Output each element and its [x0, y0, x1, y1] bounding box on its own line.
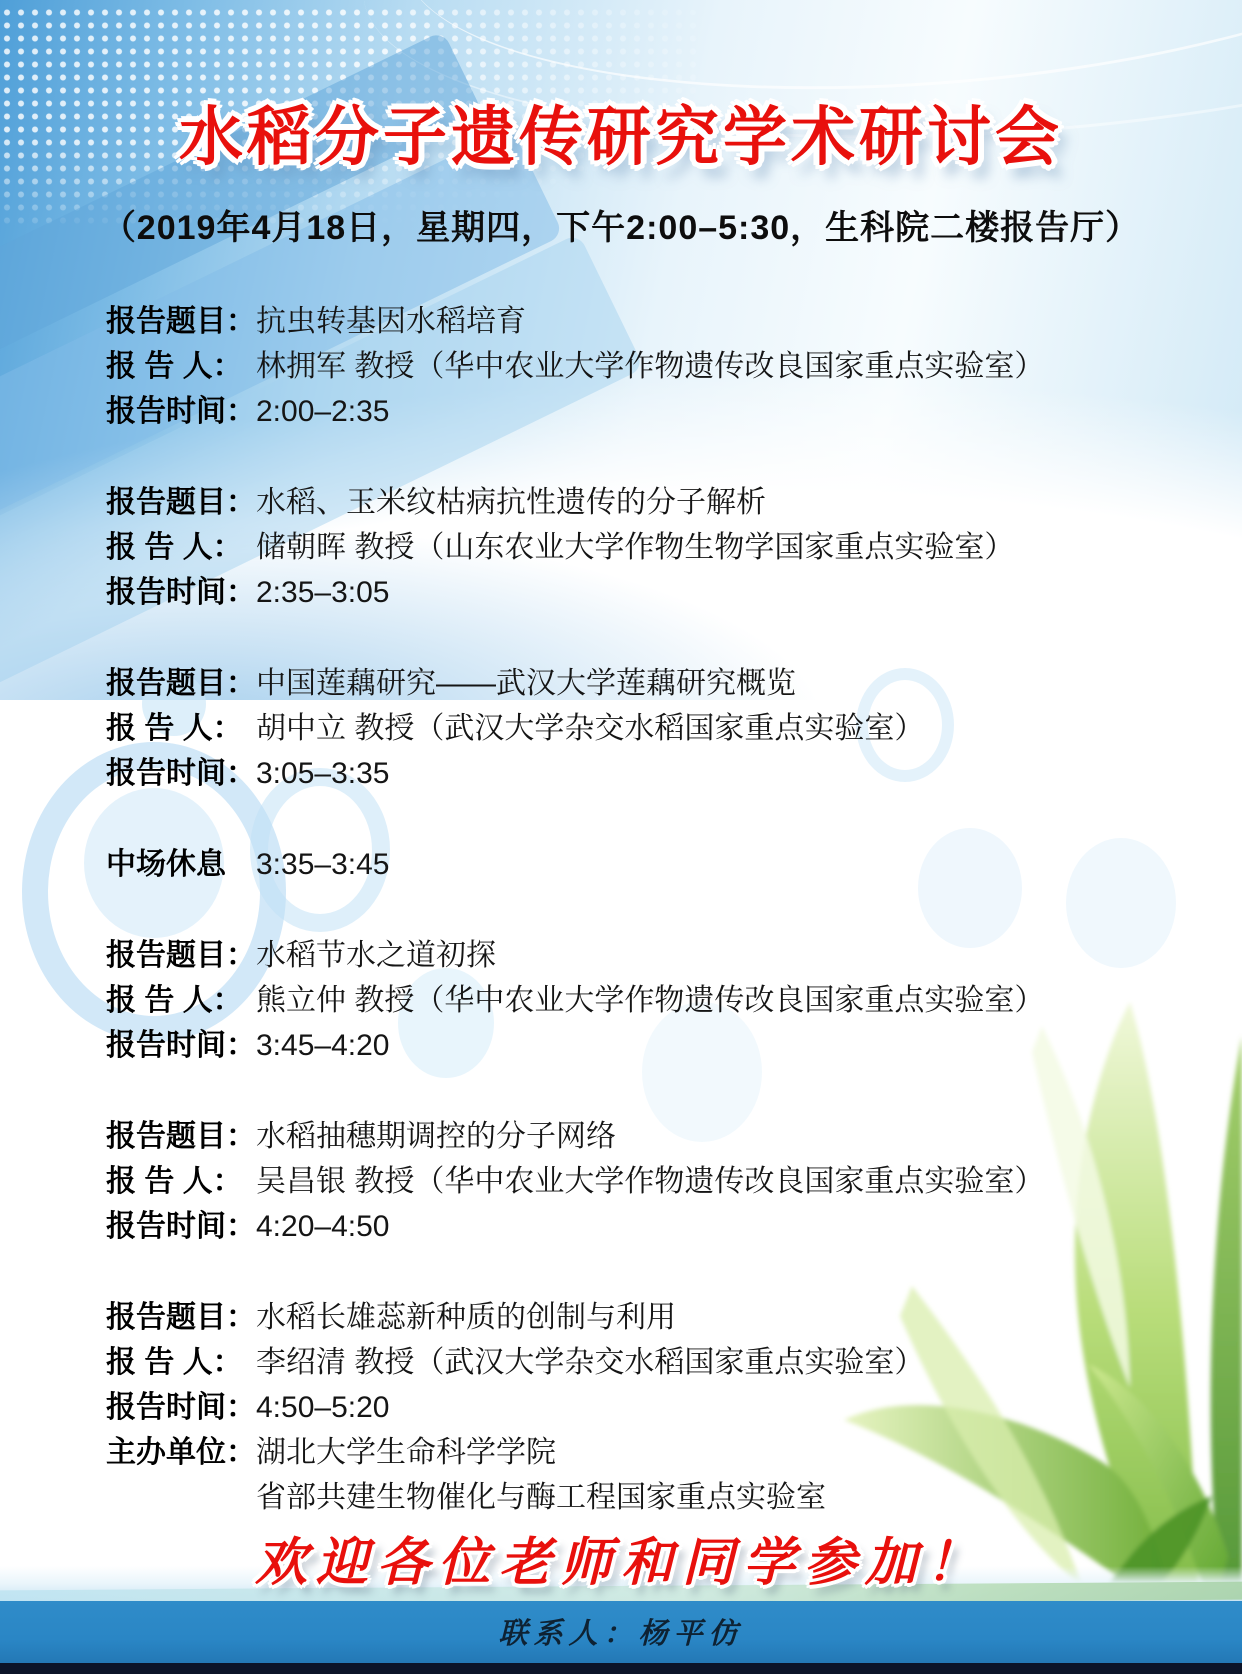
time-label: 报告时间： — [106, 570, 256, 615]
seminar-poster: 水稻分子遗传研究学术研讨会 （2019年4月18日，星期四，下午2:00–5:3… — [0, 0, 1242, 1674]
time-label: 报告时间： — [106, 1385, 256, 1430]
session-1: 报告题目：抗虫转基因水稻培育 报 告 人：林拥军 教授（华中农业大学作物遗传改良… — [106, 299, 1186, 434]
intermission-label: 中场休息 — [106, 842, 256, 887]
session-5: 报告题目：水稻抽穗期调控的分子网络 报 告 人：吴昌银 教授（华中农业大学作物遗… — [106, 1114, 1186, 1249]
session-4: 报告题目：水稻节水之道初探 报 告 人：熊立仲 教授（华中农业大学作物遗传改良国… — [106, 933, 1186, 1068]
welcome-message: 欢迎各位老师和同学参加！ — [0, 1531, 1242, 1595]
session-speaker-row: 报 告 人：林拥军 教授（华中农业大学作物遗传改良国家重点实验室） — [106, 344, 1186, 389]
time-value: 4:50–5:20 — [256, 1391, 389, 1424]
time-value: 4:20–4:50 — [256, 1210, 389, 1243]
topic-value: 水稻节水之道初探 — [256, 939, 496, 972]
session-topic-row: 报告题目：抗虫转基因水稻培育 — [106, 299, 1186, 344]
time-value: 3:45–4:20 — [256, 1029, 389, 1062]
time-label: 报告时间： — [106, 1204, 256, 1249]
bottom-dark-strip — [0, 1663, 1242, 1674]
topic-value: 抗虫转基因水稻培育 — [256, 305, 526, 338]
session-time-row: 报告时间：3:05–3:35 — [106, 751, 1186, 796]
session-speaker-row: 报 告 人：储朝晖 教授（山东农业大学作物生物学国家重点实验室） — [106, 525, 1186, 570]
session-time-row: 报告时间：2:00–2:35 — [106, 389, 1186, 434]
session-topic-row: 报告题目：水稻抽穗期调控的分子网络 — [106, 1114, 1186, 1159]
speaker-label: 报 告 人： — [106, 1159, 256, 1204]
organizer-row: 主办单位：湖北大学生命科学学院 — [106, 1430, 1186, 1475]
session-2: 报告题目：水稻、玉米纹枯病抗性遗传的分子解析 报 告 人：储朝晖 教授（山东农业… — [106, 480, 1186, 615]
speaker-value: 吴昌银 教授（华中农业大学作物遗传改良国家重点实验室） — [256, 1165, 1044, 1198]
intermission-time: 3:35–3:45 — [256, 848, 389, 881]
speaker-label: 报 告 人： — [106, 706, 256, 751]
session-speaker-row: 报 告 人：李绍清 教授（武汉大学杂交水稻国家重点实验室） — [106, 1340, 1186, 1385]
topic-value: 水稻、玉米纹枯病抗性遗传的分子解析 — [256, 486, 766, 519]
contact-person: 联系人：杨平仿 — [0, 1604, 1242, 1662]
session-time-row: 报告时间：4:50–5:20 — [106, 1385, 1186, 1430]
topic-value: 中国莲藕研究——武汉大学莲藕研究概览 — [256, 667, 796, 700]
session-speaker-row: 报 告 人：胡中立 教授（武汉大学杂交水稻国家重点实验室） — [106, 706, 1186, 751]
organizer-label: 主办单位： — [106, 1430, 256, 1475]
session-6: 报告题目：水稻长雄蕊新种质的创制与利用 报 告 人：李绍清 教授（武汉大学杂交水… — [106, 1295, 1186, 1430]
topic-label: 报告题目： — [106, 480, 256, 525]
topic-label: 报告题目： — [106, 933, 256, 978]
speaker-label: 报 告 人： — [106, 1340, 256, 1385]
time-label: 报告时间： — [106, 389, 256, 434]
session-topic-row: 报告题目：水稻长雄蕊新种质的创制与利用 — [106, 1295, 1186, 1340]
speaker-value: 胡中立 教授（武汉大学杂交水稻国家重点实验室） — [256, 712, 924, 745]
topic-value: 水稻长雄蕊新种质的创制与利用 — [256, 1301, 676, 1334]
topic-value: 水稻抽穗期调控的分子网络 — [256, 1120, 616, 1153]
time-label: 报告时间： — [106, 751, 256, 796]
poster-subtitle: （2019年4月18日，星期四，下午2:00–5:30，生科院二楼报告厅） — [0, 208, 1242, 248]
topic-label: 报告题目： — [106, 1114, 256, 1159]
topic-label: 报告题目： — [106, 661, 256, 706]
time-label: 报告时间： — [106, 1023, 256, 1068]
intermission-row: 中场休息3:35–3:45 — [106, 842, 1186, 887]
organizer-row-continued: 省部共建生物催化与酶工程国家重点实验室 — [106, 1475, 1186, 1520]
session-topic-row: 报告题目：中国莲藕研究——武汉大学莲藕研究概览 — [106, 661, 1186, 706]
session-time-row: 报告时间：4:20–4:50 — [106, 1204, 1186, 1249]
session-speaker-row: 报 告 人：吴昌银 教授（华中农业大学作物遗传改良国家重点实验室） — [106, 1159, 1186, 1204]
topic-label: 报告题目： — [106, 1295, 256, 1340]
session-topic-row: 报告题目：水稻、玉米纹枯病抗性遗传的分子解析 — [106, 480, 1186, 525]
speaker-value: 林拥军 教授（华中农业大学作物遗传改良国家重点实验室） — [256, 350, 1044, 383]
organizer-value-2: 省部共建生物催化与酶工程国家重点实验室 — [256, 1481, 826, 1514]
topic-label: 报告题目： — [106, 299, 256, 344]
poster-title: 水稻分子遗传研究学术研讨会 — [0, 96, 1242, 180]
session-time-row: 报告时间：2:35–3:05 — [106, 570, 1186, 615]
organizer-value-1: 湖北大学生命科学学院 — [256, 1436, 556, 1469]
speaker-label: 报 告 人： — [106, 525, 256, 570]
session-topic-row: 报告题目：水稻节水之道初探 — [106, 933, 1186, 978]
speaker-label: 报 告 人： — [106, 344, 256, 389]
speaker-label: 报 告 人： — [106, 978, 256, 1023]
time-value: 3:05–3:35 — [256, 757, 389, 790]
session-speaker-row: 报 告 人：熊立仲 教授（华中农业大学作物遗传改良国家重点实验室） — [106, 978, 1186, 1023]
session-3: 报告题目：中国莲藕研究——武汉大学莲藕研究概览 报 告 人：胡中立 教授（武汉大… — [106, 661, 1186, 796]
speaker-value: 李绍清 教授（武汉大学杂交水稻国家重点实验室） — [256, 1346, 924, 1379]
schedule-list: 报告题目：抗虫转基因水稻培育 报 告 人：林拥军 教授（华中农业大学作物遗传改良… — [106, 299, 1186, 1520]
speaker-value: 储朝晖 教授（山东农业大学作物生物学国家重点实验室） — [256, 531, 1014, 564]
time-value: 2:35–3:05 — [256, 576, 389, 609]
speaker-value: 熊立仲 教授（华中农业大学作物遗传改良国家重点实验室） — [256, 984, 1044, 1017]
session-time-row: 报告时间：3:45–4:20 — [106, 1023, 1186, 1068]
time-value: 2:00–2:35 — [256, 395, 389, 428]
